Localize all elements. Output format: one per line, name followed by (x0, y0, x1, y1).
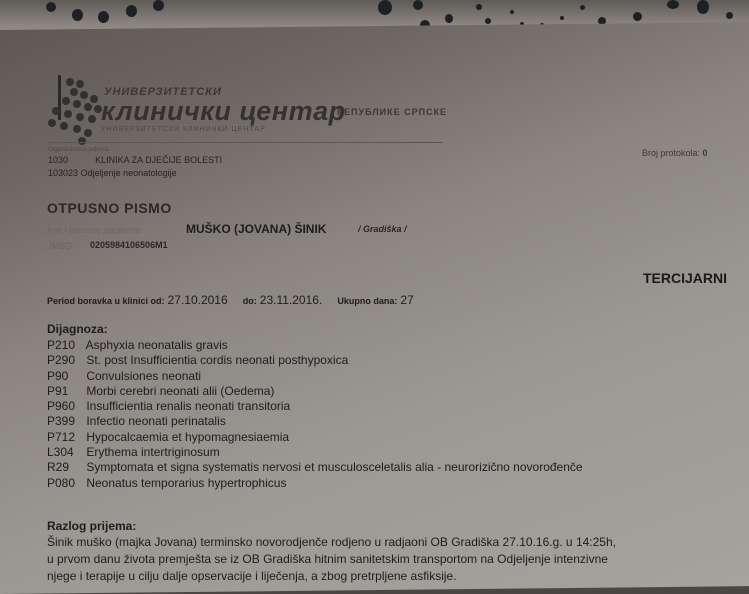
fabric-dot (445, 14, 453, 23)
diagnosis-code: P399 (47, 414, 83, 429)
fabric-dot (476, 4, 482, 10)
diagnosis-code: P290 (47, 353, 83, 368)
institution-republic: РЕПУБЛИКЕ СРПСКЕ (337, 107, 447, 117)
diagnoses-list: P210 Asphyxia neonatalis gravisP290 St. … (47, 338, 583, 491)
document-title: OTPUSNO PISMO (47, 200, 172, 216)
admission-reason-line: u prvom danu života premješta se iz OB G… (47, 551, 616, 568)
diagnosis-item: P91 Morbi cerebri neonati alii (Oedema) (47, 384, 583, 399)
protocol-number: Broj protokola: 0 (642, 148, 708, 158)
patient-city: / Gradiška / (358, 224, 407, 234)
diagnosis-text: Insufficientia renalis neonati transitor… (83, 399, 290, 413)
diagnosis-item: P210 Asphyxia neonatalis gravis (47, 338, 583, 353)
fabric-dot (413, 0, 423, 10)
diagnosis-text: Convulsiones neonati (83, 369, 201, 383)
diagnosis-item: R29 Symptomata et signa systematis nervo… (47, 460, 583, 475)
department-code: 103023 (48, 168, 78, 178)
fabric-dot (378, 0, 392, 15)
jmbg-label: JMBG (47, 241, 72, 251)
diagnosis-code: P210 (47, 338, 83, 353)
stay-period: Period boravka u klinici od: 27.10.2016 … (47, 293, 426, 307)
clinic-code: 1030 (48, 155, 68, 165)
hospital-logo-icon (40, 75, 100, 145)
admission-reason-line: njege i terapije u cilju dalje opservaci… (47, 568, 616, 585)
diagnosis-text: Hypocalcaemia et hypomagnesiaemia (83, 430, 289, 444)
clinic-name: KLINIKA ZA DJEČIJE BOLESTI (95, 155, 222, 165)
jmbg-value: 0205984106506M1 (90, 240, 168, 250)
diagnosis-code: P91 (47, 384, 83, 399)
diagnoses-title: Dijagnoza: (47, 322, 108, 336)
stay-from-label: Period boravka u klinici od: (47, 296, 165, 306)
diagnosis-item: P712 Hypocalcaemia et hypomagnesiaemia (47, 430, 583, 445)
diagnosis-text: Morbi cerebri neonati alii (Oedema) (83, 384, 274, 398)
diagnosis-item: P080 Neonatus temporarius hypertrophicus (47, 476, 583, 491)
diagnosis-text: Asphyxia neonatalis gravis (83, 338, 228, 352)
diagnosis-item: P960 Insufficientia renalis neonati tran… (47, 399, 583, 414)
diagnosis-code: P080 (47, 476, 83, 491)
diagnosis-code: P960 (47, 399, 83, 414)
diagnosis-text: Erythema intertriginosum (83, 445, 220, 459)
fabric-dot (667, 0, 679, 9)
patient-name: MUŠKO (JOVANA) ŠINIK (186, 222, 326, 236)
fabric-dot (72, 9, 83, 21)
protocol-label: Broj protokola: (642, 148, 700, 158)
diagnosis-code: P90 (47, 369, 83, 384)
admission-reason-title: Razlog prijema: (47, 519, 136, 533)
stay-to: 23.11.2016. (260, 293, 323, 307)
clinic-line: 1030 KLINIKA ZA DJEČIJE BOLESTI (48, 155, 222, 165)
diagnosis-item: P90 Convulsiones neonati (47, 369, 583, 384)
department-line: 103023 Odjeljenje neonatologije (48, 168, 177, 178)
diagnosis-item: L304 Erythema intertriginosum (47, 445, 583, 460)
fabric-dot (510, 10, 514, 14)
fabric-dot (560, 16, 564, 20)
diagnosis-text: Symptomata et signa systematis nervosi e… (83, 460, 583, 474)
fabric-dot (126, 5, 137, 17)
patient-name-label: Ime i prezime pacijenta: (47, 225, 142, 235)
fabric-dot (98, 11, 109, 23)
stay-days-label: Ukupno dana: (337, 296, 397, 306)
admission-reason-line: Šinik muško (majka Jovana) terminsko nov… (47, 534, 616, 551)
fabric-dot (580, 5, 585, 10)
fabric-dot (633, 12, 642, 21)
fabric-dot (46, 2, 56, 12)
department-name: Odjeljenje neonatologije (81, 168, 177, 178)
care-level: TERCIJARNI (643, 270, 727, 286)
protocol-value: 0 (703, 148, 708, 158)
diagnosis-code: R29 (47, 460, 83, 475)
stay-to-label: do: (243, 296, 257, 306)
fabric-dot (153, 0, 164, 11)
institution-name: клинички центар (101, 96, 346, 127)
fabric-dot (485, 18, 491, 24)
stay-from: 27.10.2016 (168, 293, 228, 307)
stay-days: 27 (400, 293, 413, 307)
diagnosis-code: L304 (47, 445, 83, 460)
institution-sub-line: УНИВЕРЗИТЕТСКИ КЛИНИЧКИ ЦЕНТАР (101, 126, 266, 133)
org-unit-caption: Organizaciona jedinica (48, 147, 109, 153)
diagnosis-text: St. post Insufficientia cordis neonati p… (83, 353, 348, 367)
diagnosis-text: Neonatus temporarius hypertrophicus (83, 476, 286, 490)
fabric-dot (726, 12, 733, 19)
fabric-dot (697, 0, 709, 14)
diagnosis-item: P290 St. post Insufficientia cordis neon… (47, 353, 583, 368)
diagnosis-item: P399 Infectio neonati perinatalis (47, 414, 583, 429)
diagnosis-code: P712 (47, 430, 83, 445)
diagnosis-text: Infectio neonati perinatalis (83, 414, 226, 428)
admission-reason-text: Šinik muško (majka Jovana) terminsko nov… (47, 534, 616, 585)
